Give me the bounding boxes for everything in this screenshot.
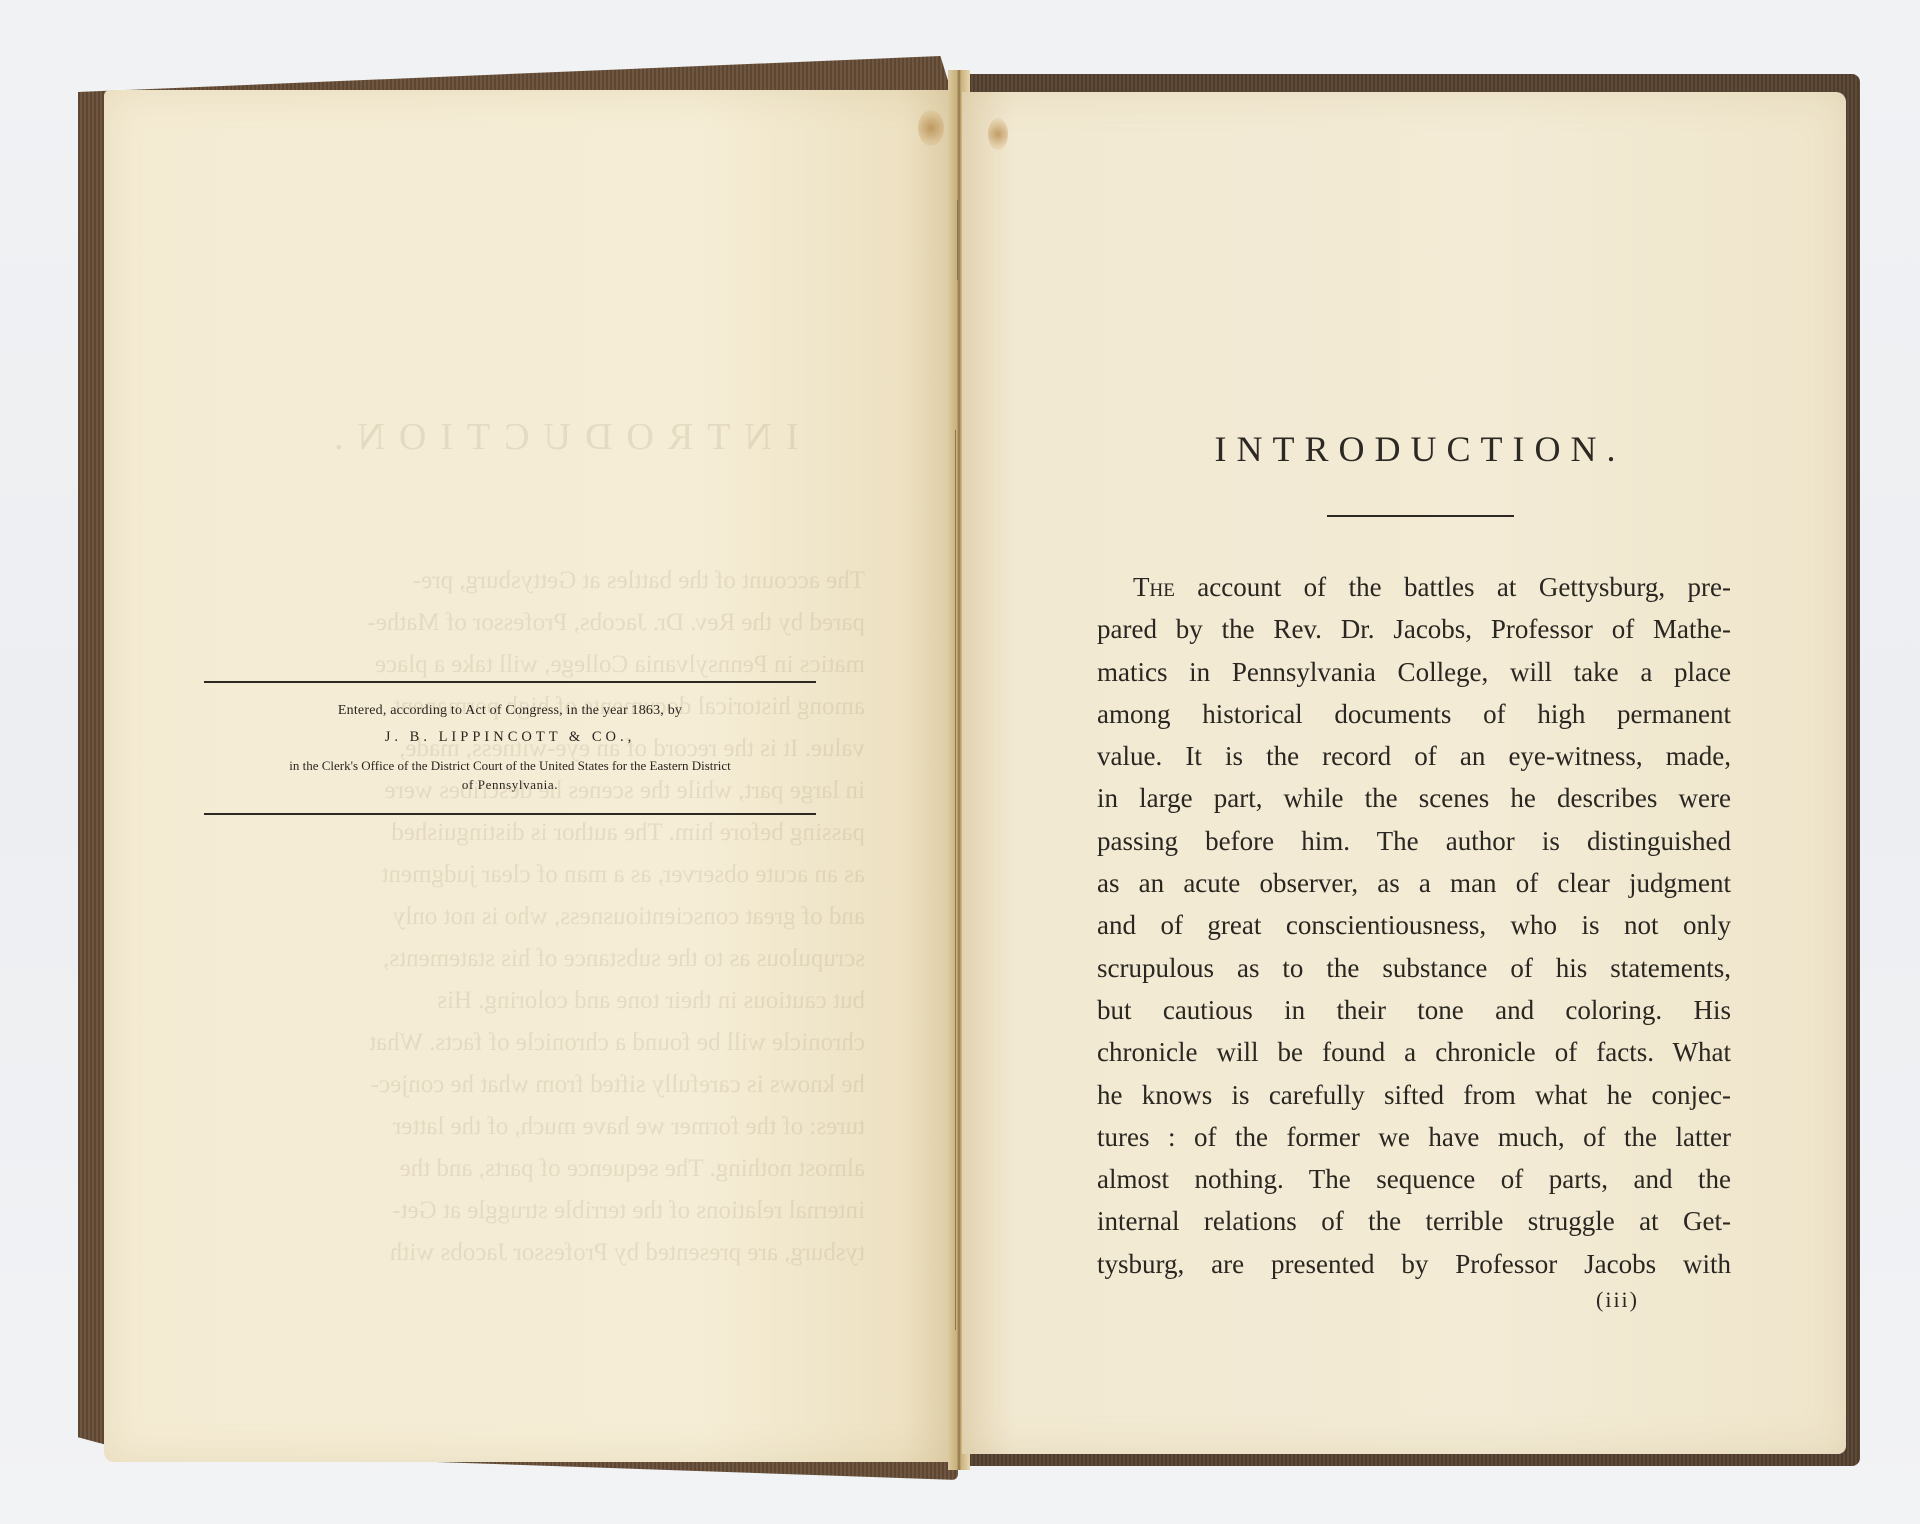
foxing-stain: [988, 118, 1008, 150]
copyright-line-clerk: in the Clerk's Office of the District Co…: [204, 758, 816, 774]
body-line: passing before him. The author is distin…: [1097, 820, 1731, 862]
book-photo: INTRODUCTION. The account of the battles…: [0, 0, 1920, 1524]
body-line: in large part, while the scenes he descr…: [1097, 777, 1731, 819]
body-line: tysburg, are presented by Professor Jaco…: [1097, 1243, 1731, 1285]
copyright-bottom-rule: [204, 813, 816, 815]
copyright-top-rule: [204, 681, 816, 683]
body-line: but cautious in their tone and coloring.…: [1097, 989, 1731, 1031]
copyright-publisher: J. B. LIPPINCOTT & CO.,: [204, 729, 816, 746]
binding-thread: [957, 200, 958, 280]
body-line: internal relations of the terrible strug…: [1097, 1200, 1731, 1242]
body-line: value. It is the record of an eye-witnes…: [1097, 735, 1731, 777]
body-line: chronicle will be found a chronicle of f…: [1097, 1031, 1731, 1073]
body-line: as an acute observer, as a man of clear …: [1097, 862, 1731, 904]
body-line: among historical documents of high perma…: [1097, 693, 1731, 735]
chapter-title: INTRODUCTION.: [1130, 428, 1710, 470]
title-rule: [1327, 515, 1514, 517]
body-line: almost nothing. The sequence of parts, a…: [1097, 1158, 1731, 1200]
copyright-line-state: of Pennsylvania.: [204, 777, 816, 793]
introduction-body: The account of the battles at Gettysburg…: [1097, 566, 1731, 1285]
copyright-line-entered: Entered, according to Act of Congress, i…: [204, 703, 816, 719]
page-number: (iii): [1596, 1287, 1639, 1313]
binding-crease: [955, 430, 956, 1330]
body-line: pared by the Rev. Dr. Jacobs, Professor …: [1097, 608, 1731, 650]
body-line: he knows is carefully sifted from what h…: [1097, 1074, 1731, 1116]
body-line: matics in Pennsylvania College, will tak…: [1097, 651, 1731, 693]
body-line: scrupulous as to the substance of his st…: [1097, 947, 1731, 989]
body-line: The account of the battles at Gettysburg…: [1097, 566, 1731, 608]
body-line: and of great conscientiousness, who is n…: [1097, 904, 1731, 946]
foxing-stain: [918, 110, 944, 146]
bleed-through-title: INTRODUCTION.: [320, 415, 799, 459]
drop-small-caps: The: [1133, 572, 1175, 602]
body-line: tures : of the former we have much, of t…: [1097, 1116, 1731, 1158]
copyright-notice: Entered, according to Act of Congress, i…: [204, 681, 816, 815]
bleed-through-body: The account of the battles at Gettysburg…: [367, 560, 865, 1274]
